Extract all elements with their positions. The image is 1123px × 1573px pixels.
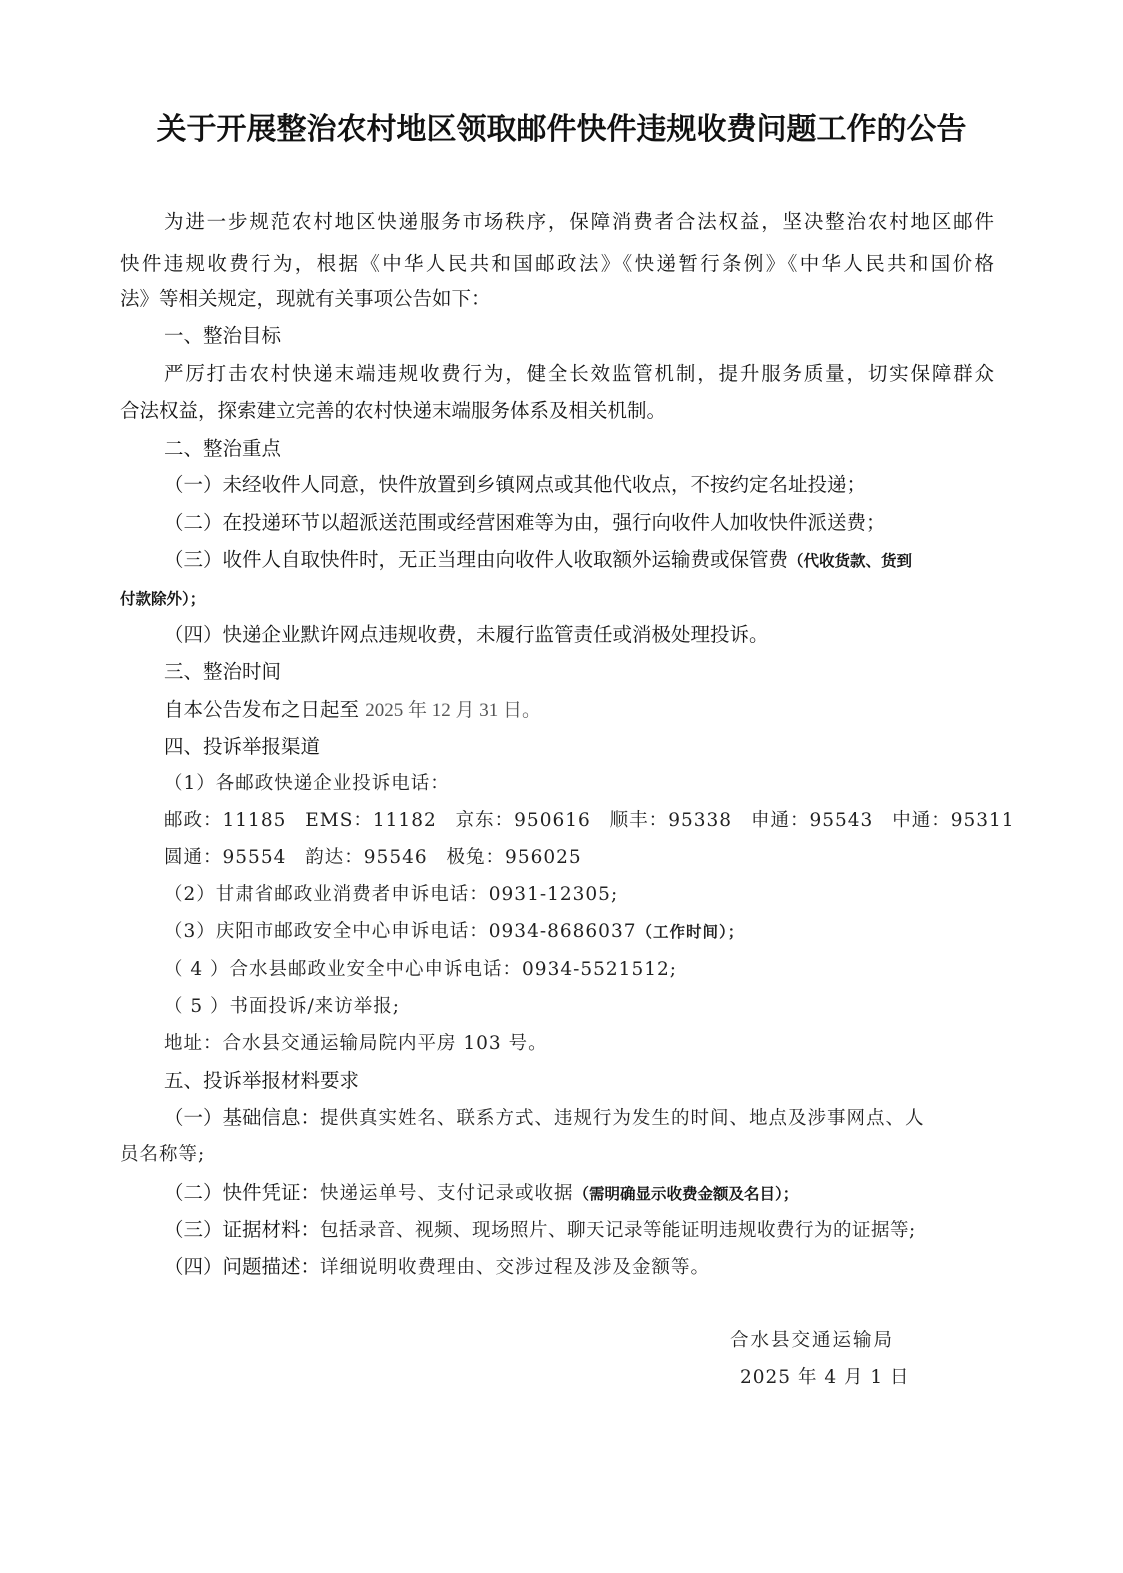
hotline-row-1: 邮政：11185 EMS：11182 京东：950616 顺丰：95338 申通… xyxy=(164,808,1015,834)
section-2-item-1: （一）未经收件人同意，快件放置到乡镇网点或其他代收点，不按约定名址投递； xyxy=(164,472,866,498)
section-4-item-2: （2）甘肃省邮政业消费者申诉电话：0931-12305; xyxy=(164,882,618,908)
section-2-heading: 二、整治重点 xyxy=(164,436,281,462)
hotline-zto: 中通：95311 xyxy=(892,810,1014,831)
section-5-item-1: （一）基础信息：提供真实姓名、联系方式、违规行为发生的时间、地点及涉事网点、人 xyxy=(164,1105,994,1132)
section-5-item-3-label: （三）证据材料： xyxy=(164,1218,320,1241)
section-3-period: 自本公告发布之日起至 2025 年 12 月 31 日。 xyxy=(164,697,541,724)
section-5-item-1-label: （一）基础信息： xyxy=(164,1106,320,1129)
intro-line-3: 法》等相关规定，现就有关事项公告如下： xyxy=(120,286,491,312)
section-4-item-3-note: （工作时间）； xyxy=(637,922,745,941)
section-2-item-3-continued: 付款除外）； xyxy=(120,585,205,612)
document-title: 关于开展整治农村地区领取邮件快件违规收费问题工作的公告 xyxy=(0,104,1123,148)
section-2-item-3-note: （代收货款、货到 xyxy=(788,551,912,570)
section-5-item-1-continued: 员名称等; xyxy=(120,1142,205,1168)
intro-line-1: 为进一步规范农村地区快递服务市场秩序，保障消费者合法权益，坚决整治农村地区邮件 xyxy=(164,209,994,235)
section-5-item-3: （三）证据材料：包括录音、视频、现场照片、聊天记录等能证明违规收费行为的证据等; xyxy=(164,1217,916,1244)
section-5-item-4-text: 详细说明收费理由、交涉过程及涉及金额等。 xyxy=(320,1257,710,1278)
hotline-yto: 圆通：95554 xyxy=(164,847,286,868)
section-4-item-3-text: （3）庆阳市邮政安全中心申诉电话：0934-8686037 xyxy=(164,921,637,942)
section-3-heading: 三、整治时间 xyxy=(164,659,281,685)
section-5-item-4: （四）问题描述：详细说明收费理由、交涉过程及涉及金额等。 xyxy=(164,1254,710,1281)
hotline-jd: 京东：950616 xyxy=(456,810,591,831)
section-5-item-3-text: 包括录音、视频、现场照片、聊天记录等能证明违规收费行为的证据等; xyxy=(320,1220,916,1241)
hotline-row-2: 圆通：95554 韵达：95546 极兔：956025 xyxy=(164,845,582,871)
hotline-ems: EMS：11182 xyxy=(305,810,436,831)
section-4-item-1: （1）各邮政快递企业投诉电话： xyxy=(164,771,450,797)
section-3-period-prefix: 自本公告发布之日起至 xyxy=(164,698,359,721)
section-2-item-2: （二）在投递环节以超派送范围或经营困难等为由，强行向收件人加收快件派送费； xyxy=(164,510,886,536)
section-1-line-1: 严厉打击农村快递末端违规收费行为，健全长效监管机制，提升服务质量，切实保障群众 xyxy=(164,361,994,387)
section-5-item-2: （二）快件凭证：快递运单号、支付记录或收据（需明确显示收费金额及名目）； xyxy=(164,1180,798,1207)
hotline-yunda: 韵达：95546 xyxy=(305,847,427,868)
hotline-sf: 顺丰：95338 xyxy=(610,810,732,831)
signature-organization: 合水县交通运输局 xyxy=(730,1328,894,1354)
intro-line-2: 快件违规收费行为，根据《中华人民共和国邮政法》《快递暂行条例》《中华人民共和国价… xyxy=(120,251,994,277)
signature-date: 2025 年 4 月 1 日 xyxy=(740,1365,910,1391)
section-4-item-4: （ 4 ）合水县邮政业安全中心申诉电话：0934-5521512; xyxy=(164,957,677,983)
section-2-item-3-note-end: 付款除外）； xyxy=(120,589,205,608)
section-3-end-date: 2025 年 12 月 31 日。 xyxy=(365,700,541,721)
section-2-item-3-text: （三）收件人自取快件时，无正当理由向收件人收取额外运输费或保管费 xyxy=(164,548,788,571)
section-1-heading: 一、整治目标 xyxy=(164,323,281,349)
section-2-item-3: （三）收件人自取快件时，无正当理由向收件人收取额外运输费或保管费（代收货款、货到 xyxy=(164,547,912,574)
section-2-item-4: （四）快递企业默许网点违规收费，未履行监管责任或消极处理投诉。 xyxy=(164,622,769,648)
section-5-item-2-text: 快递运单号、支付记录或收据 xyxy=(320,1183,574,1204)
document-page: 关于开展整治农村地区领取邮件快件违规收费问题工作的公告 为进一步规范农村地区快递… xyxy=(0,0,1123,1573)
hotline-jitu: 极兔：956025 xyxy=(447,847,582,868)
hotline-sto: 申通：95543 xyxy=(751,810,873,831)
section-1-line-2: 合法权益，探索建立完善的农村快递末端服务体系及相关机制。 xyxy=(120,398,666,424)
section-4-item-5: （ 5 ）书面投诉/来访举报; xyxy=(164,994,400,1020)
section-5-item-1-text: 提供真实姓名、联系方式、违规行为发生的时间、地点及涉事网点、人 xyxy=(320,1108,925,1129)
section-4-address: 地址：合水县交通运输局院内平房 103 号。 xyxy=(164,1031,548,1057)
section-4-heading: 四、投诉举报渠道 xyxy=(164,734,320,760)
section-5-item-2-note: （需明确显示收费金额及名目）； xyxy=(574,1184,799,1203)
section-4-item-3: （3）庆阳市邮政安全中心申诉电话：0934-8686037（工作时间）； xyxy=(164,919,744,945)
section-5-heading: 五、投诉举报材料要求 xyxy=(164,1068,359,1094)
section-5-item-2-label: （二）快件凭证： xyxy=(164,1181,320,1204)
hotline-youzheng: 邮政：11185 xyxy=(164,810,286,831)
section-5-item-4-label: （四）问题描述： xyxy=(164,1255,320,1278)
